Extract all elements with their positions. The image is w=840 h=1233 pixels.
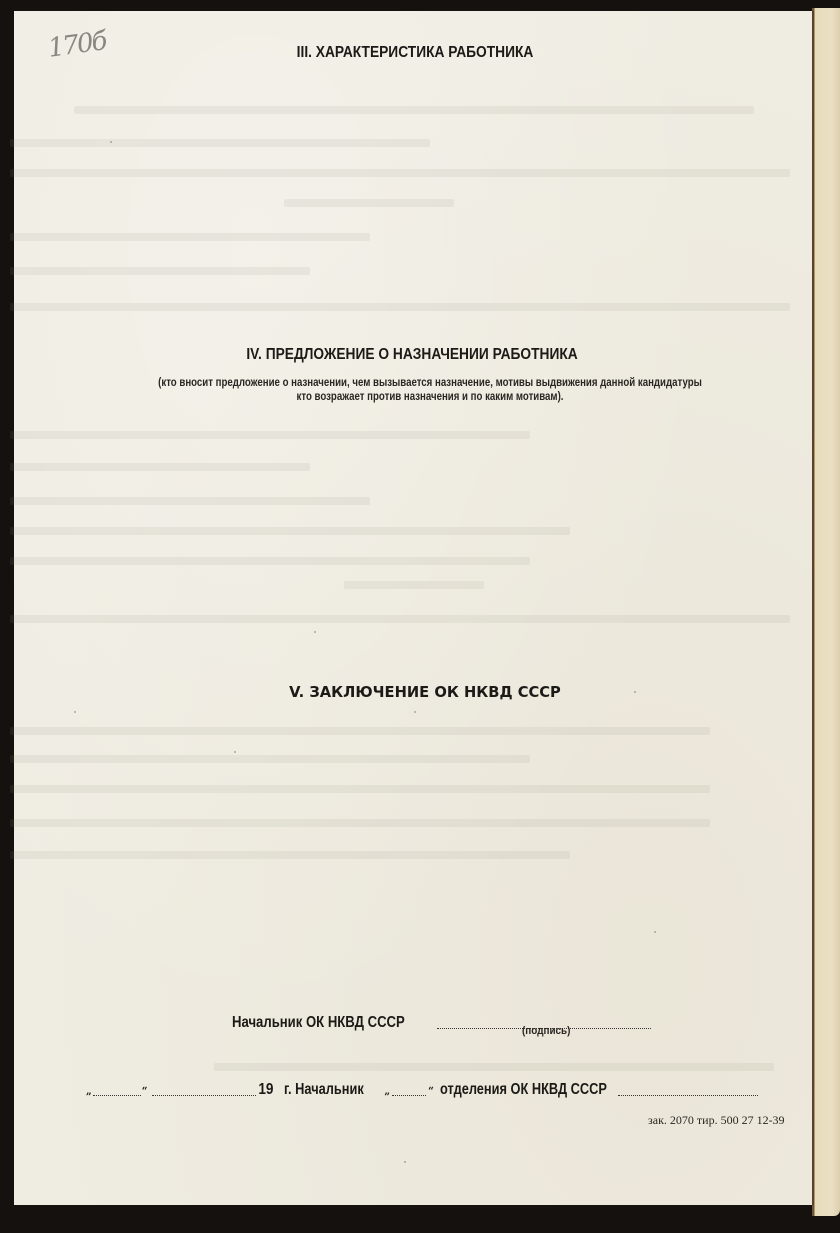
paper-speck	[110, 141, 112, 143]
paper-speck	[234, 751, 236, 753]
section-iv-note-line-2: кто возражает против назначения и по как…	[77, 390, 783, 404]
chief-signature-label: Начальник ОК НКВД СССР	[232, 1014, 400, 1032]
bleed-through	[10, 303, 790, 311]
section-iv-note-line-1: (кто вносит предложение о назначении, че…	[77, 376, 783, 390]
close-quote: “	[142, 1086, 148, 1097]
bleed-through	[10, 785, 710, 793]
bleed-through	[10, 819, 710, 827]
bleed-through	[10, 727, 710, 735]
bleed-through	[10, 851, 570, 859]
bleed-through	[284, 199, 454, 207]
scanned-document: 170б III. ХАРАКТЕРИСТИКА РАБОТНИКА IV. П…	[0, 0, 840, 1233]
date-signature-row: „ “ 19 г. Начальник „ “ отделения ОК НКВ…	[86, 1077, 806, 1099]
bleed-through	[10, 267, 310, 275]
year-prefix: 19	[258, 1081, 273, 1099]
bleed-through	[10, 557, 530, 565]
bleed-through	[214, 1063, 774, 1071]
section-iv-heading: IV. ПРЕДЛОЖЕНИЕ О НАЗНАЧЕНИИ РАБОТНИКА	[51, 346, 773, 364]
month-field[interactable]	[152, 1081, 256, 1096]
department-label: отделения ОК НКВД СССР	[440, 1081, 582, 1099]
bleed-through	[10, 615, 790, 623]
signature-caption: (подпись)	[522, 1025, 570, 1037]
section-iii-heading: III. ХАРАКТЕРИСТИКА РАБОТНИКА	[54, 44, 776, 62]
department-chief-label: г. Начальник	[284, 1081, 364, 1099]
underlying-page-edge	[812, 8, 840, 1216]
dept-close-quote: “	[428, 1086, 434, 1097]
bleed-through	[74, 106, 754, 114]
bleed-through	[10, 497, 370, 505]
print-info: зак. 2070 тир. 500 27 12-39	[648, 1113, 785, 1128]
bleed-through	[10, 233, 370, 241]
bleed-through	[10, 139, 430, 147]
department-number-field[interactable]	[392, 1081, 426, 1096]
page-fold-line	[812, 11, 814, 1205]
paper-speck	[74, 711, 76, 713]
bleed-through	[10, 755, 530, 763]
department-chief-signature-field[interactable]	[618, 1081, 758, 1096]
dept-open-quote: „	[384, 1086, 390, 1097]
bleed-through	[344, 581, 484, 589]
chief-signature-row: Начальник ОК НКВД СССР	[232, 1012, 651, 1032]
bleed-through	[10, 169, 790, 177]
bleed-through	[10, 463, 310, 471]
paper-speck	[414, 711, 416, 713]
open-quote: „	[86, 1086, 92, 1097]
section-v-heading: V. ЗАКЛЮЧЕНИЕ ОК НКВД СССР	[13, 683, 836, 701]
bleed-through	[10, 527, 570, 535]
bleed-through	[10, 431, 530, 439]
paper-speck	[654, 931, 656, 933]
day-field[interactable]	[93, 1081, 141, 1096]
paper-speck	[314, 631, 316, 633]
paper-speck	[404, 1161, 406, 1163]
